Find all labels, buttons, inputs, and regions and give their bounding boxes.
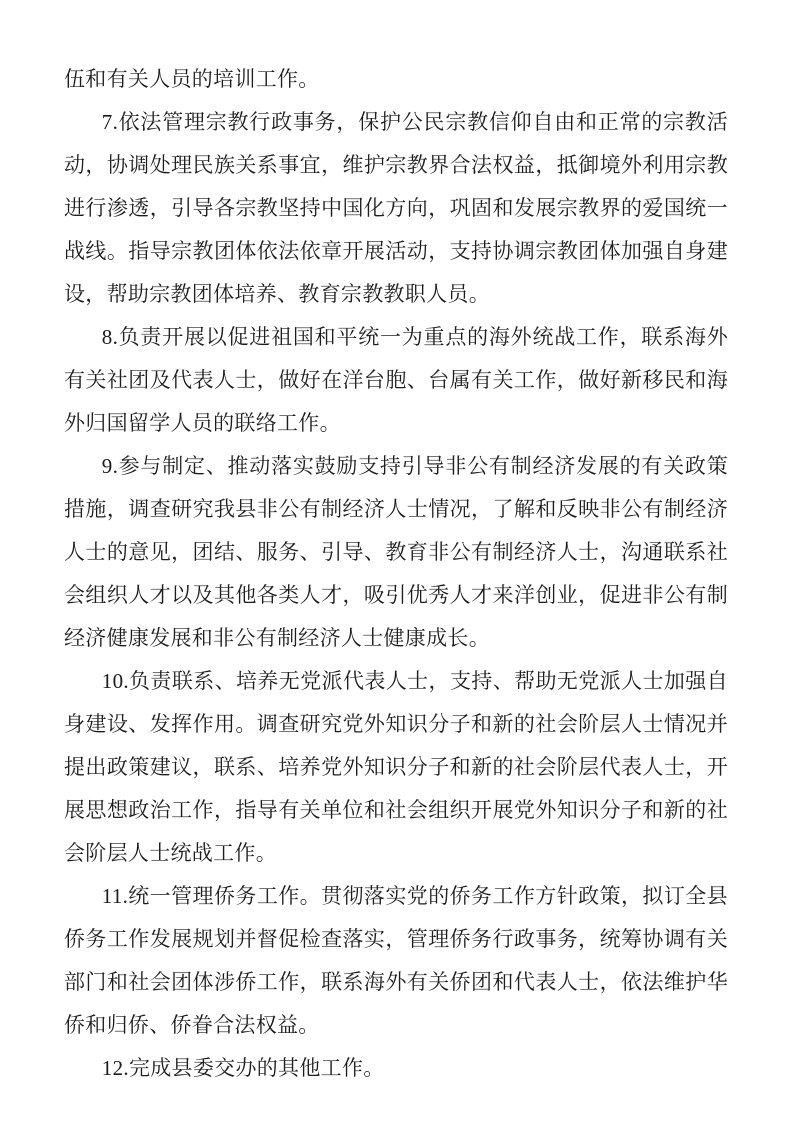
- paragraph-continuation: 伍和有关人员的培训工作。: [64, 58, 728, 101]
- paragraph-item-12: 12.完成县委交办的其他工作。: [64, 1047, 728, 1090]
- document-page: 伍和有关人员的培训工作。 7.依法管理宗教行政事务，保护公民宗教信仰自由和正常的…: [0, 0, 793, 1122]
- paragraph-item-10: 10.负责联系、培养无党派代表人士，支持、帮助无党派人士加强自身建设、发挥作用。…: [64, 660, 728, 875]
- paragraph-item-8: 8.负责开展以促进祖国和平统一为重点的海外统战工作，联系海外有关社团及代表人士，…: [64, 316, 728, 445]
- paragraph-item-7: 7.依法管理宗教行政事务，保护公民宗教信仰自由和正常的宗教活动，协调处理民族关系…: [64, 101, 728, 316]
- paragraph-item-11: 11.统一管理侨务工作。贯彻落实党的侨务工作方针政策，拟订全县侨务工作发展规划并…: [64, 875, 728, 1047]
- paragraph-item-9: 9.参与制定、推动落实鼓励支持引导非公有制经济发展的有关政策措施，调查研究我县非…: [64, 445, 728, 660]
